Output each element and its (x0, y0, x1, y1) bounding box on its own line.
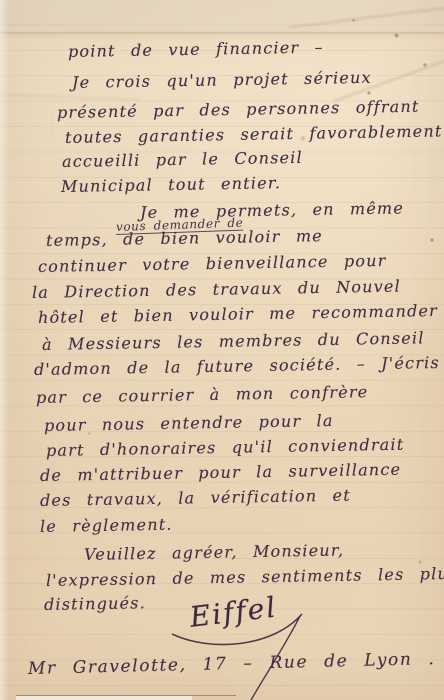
letter-line: continuer votre bienveillance pour (38, 253, 387, 275)
foxing-spot (367, 91, 371, 95)
letter-line: Je crois qu'un projet sérieux (72, 70, 372, 91)
letter-scan: point de vue financier – Je crois qu'un … (0, 0, 444, 700)
letter-line: le règlement. (40, 517, 173, 535)
foxing-spot (418, 560, 422, 564)
letter-line: des travaux, la vérification et (40, 488, 351, 509)
letter-line: l'expression de mes sentiments les plus (46, 566, 444, 589)
letter-line: Veuillez agréer, Monsieur, (84, 542, 344, 563)
letter-line: hôtel et bien vouloir me recommander (38, 303, 438, 326)
foxing-spot (423, 63, 427, 67)
letter-line: temps, de bien vouloir me (46, 228, 323, 249)
fold-crease-diagonal (0, 93, 140, 100)
letter-page: point de vue financier – Je crois qu'un … (0, 0, 444, 700)
letter-line: pour nous entendre pour la (44, 413, 334, 434)
signature: Eiffel (188, 593, 278, 631)
letter-line: accueilli par le Conseil (62, 150, 303, 170)
letter-line: la Direction des travaux du Nouvel (32, 279, 401, 301)
letter-line: point de vue financier – (68, 40, 324, 60)
letter-line: présenté par des personnes offrant (57, 99, 420, 121)
paper-edge-left (0, 0, 9, 700)
letter-line: Municipal tout entier. (61, 175, 281, 195)
foxing-spot (352, 19, 355, 22)
letter-line: distingués. (44, 595, 146, 613)
letter-line: à Messieurs les membres du Conseil (42, 330, 425, 353)
fold-crease-diagonal (289, 6, 444, 29)
foxing-spot (394, 33, 399, 38)
letter-line: part d'honoraires qu'il conviendrait (46, 437, 405, 459)
foxing-spot (430, 238, 434, 242)
letter-line: d'admon de la future société. – J'écris (34, 355, 440, 378)
fold-crease-horizontal (0, 31, 444, 34)
paper-edge-bottom (16, 696, 192, 700)
letter-line: toutes garanties serait favorablement (65, 123, 443, 146)
letter-line: par ce courrier à mon confrère (36, 384, 369, 406)
letter-line: de m'attribuer pour la surveillance (40, 462, 401, 484)
address-line: Mr Gravelotte, 17 – Rue de Lyon . Paris (28, 649, 444, 678)
